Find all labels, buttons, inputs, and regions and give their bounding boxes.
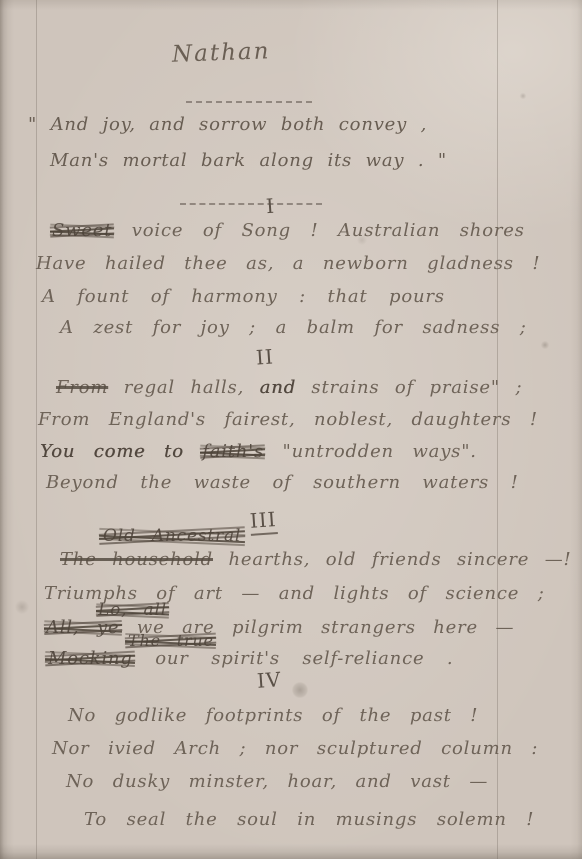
poem-line: Sweet voice of Song ! Australian shores: [52, 220, 525, 241]
poem-line: A fount of harmony : that pours: [42, 286, 445, 307]
struck-word: The household: [60, 549, 213, 570]
poem-line: Mocking our spirit's self-reliance .: [48, 648, 453, 669]
poem-line: From England's fairest, noblest, daughte…: [38, 409, 538, 430]
poem-line: To seal the soul in musings solemn !: [84, 809, 534, 830]
stanza-numeral: I: [265, 194, 276, 219]
stanza-numeral: II: [255, 344, 274, 369]
title-divider: [186, 101, 312, 103]
poem-text: hearths, old friends sincere —!: [213, 549, 572, 570]
poem-line: The household hearths, old friends since…: [60, 549, 572, 570]
poem-text: regal halls,: [108, 377, 259, 398]
poem-text: Have hailed thee as, a newborn gladness …: [36, 253, 540, 274]
poem-line: A zest for joy ; a balm for sadness ;: [60, 317, 527, 338]
poem-line: From regal halls, and strains of praise"…: [56, 377, 522, 398]
struck-word: All, ye: [46, 617, 119, 638]
poem-text: Beyond the waste of southern waters !: [46, 472, 519, 493]
poem-text: Nor ivied Arch ; nor sculptured column :: [52, 738, 538, 759]
stanza-numeral: III: [249, 507, 278, 536]
poem-text: A fount of harmony : that pours: [42, 286, 445, 307]
page-title: Nathan: [172, 38, 271, 67]
poem-text: voice of Song ! Australian shores: [112, 220, 524, 241]
poem-text: From England's fairest, noblest, daughte…: [38, 409, 538, 430]
stanza-numeral: IV: [256, 667, 282, 693]
epigraph-line: Man's mortal bark along its way . ": [50, 150, 447, 171]
struck-word: faith's: [202, 441, 264, 462]
poem-line: Have hailed thee as, a newborn gladness …: [36, 253, 540, 274]
struck-insertion: Old Ancestral: [103, 526, 241, 546]
poem-line: No godlike footprints of the past !: [68, 705, 478, 726]
struck-word: Old Ancestral: [103, 526, 241, 546]
poem-text: "untrodden ways".: [264, 441, 477, 462]
stanza-divider: [180, 203, 322, 205]
poem-text: A zest for joy ; a balm for sadness ;: [60, 317, 527, 338]
poem-text-dark: and: [260, 377, 296, 398]
poem-text: To seal the soul in musings solemn !: [84, 809, 534, 830]
struck-word: From: [56, 377, 108, 398]
epigraph-line: " And joy, and sorrow both convey ,: [28, 114, 427, 135]
struck-word: Sweet: [52, 220, 112, 241]
poem-line: No dusky minster, hoar, and vast —: [66, 771, 488, 792]
poem-text: strains of praise" ;: [296, 377, 522, 398]
poem-line: Nor ivied Arch ; nor sculptured column :: [52, 738, 538, 759]
manuscript-page: Nathan " And joy, and sorrow both convey…: [0, 0, 582, 859]
poem-line: Beyond the waste of southern waters !: [46, 472, 519, 493]
poem-line: All, ye we are pilgrim strangers here —: [46, 617, 514, 638]
poem-text: our spirit's self-reliance .: [133, 648, 454, 669]
poem-text: No godlike footprints of the past !: [68, 705, 478, 726]
struck-word: Mocking: [48, 648, 133, 669]
poem-line: You come to faith's "untrodden ways".: [40, 441, 477, 462]
poem-text-dark: You come to: [40, 441, 202, 462]
poem-text: No dusky minster, hoar, and vast —: [66, 771, 488, 792]
